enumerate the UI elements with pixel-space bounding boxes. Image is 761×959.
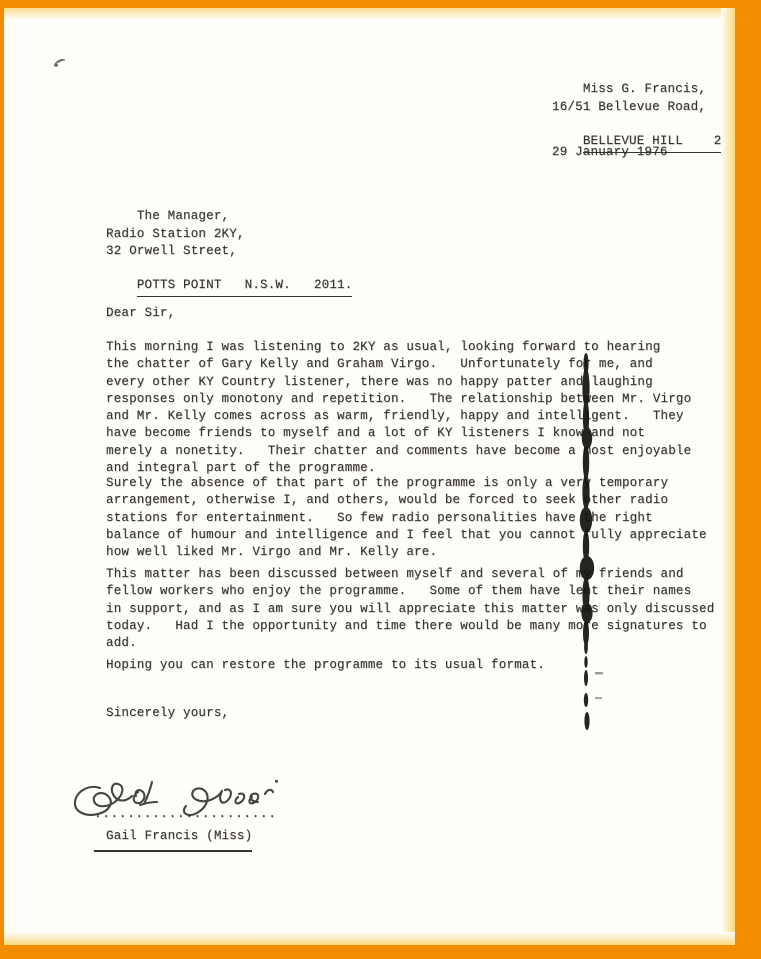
- body-paragraph-2: Surely the absence of that part of the p…: [106, 475, 707, 561]
- valediction: Sincerely yours,: [106, 705, 229, 722]
- recipient-address-suburb: POTTS POINT N.S.W. 2011.: [137, 277, 353, 297]
- ink-smear-artifact: [568, 350, 612, 750]
- typed-signature-name: Gail Francis (Miss): [106, 828, 252, 845]
- signature-underline-rule: [94, 850, 252, 852]
- paper-speck: [53, 57, 67, 67]
- frame-left-border: [0, 0, 4, 959]
- handwritten-signature: [70, 770, 282, 824]
- frame-top-border: [0, 0, 761, 8]
- salutation: Dear Sir,: [106, 305, 175, 322]
- closing-line: Hoping you can restore the programme to …: [106, 657, 545, 674]
- frame-right-border: [735, 0, 761, 959]
- recipient-address-lines: The Manager, Radio Station 2KY, 32 Orwel…: [106, 209, 245, 258]
- recipient-address: The Manager, Radio Station 2KY, 32 Orwel…: [106, 191, 352, 315]
- sender-address-lines: Miss G. Francis, 16/51 Bellevue Road,: [552, 82, 706, 113]
- letter-date: 29 January 1976: [552, 144, 668, 161]
- body-paragraph-3: This matter has been discussed between m…: [106, 566, 714, 652]
- frame-bottom-fade: [0, 932, 761, 945]
- frame-right-fade: [721, 0, 735, 959]
- frame-bottom-border: [0, 945, 761, 959]
- frame-top-fade: [0, 8, 761, 20]
- letter-page: Miss G. Francis, 16/51 Bellevue Road, BE…: [0, 0, 761, 959]
